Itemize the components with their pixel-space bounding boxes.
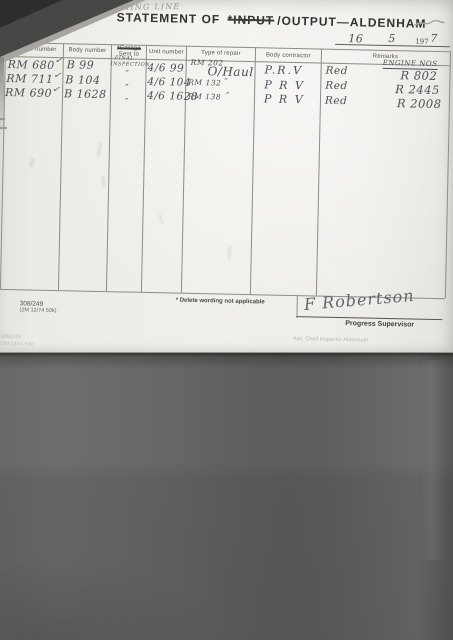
cell-sent-to-ditto: ″	[125, 83, 129, 93]
date-year-written: 7	[430, 32, 438, 45]
column-header-unit-number: Unit number	[147, 49, 186, 56]
column-line	[316, 49, 322, 296]
cell-body-contractor: P.R.V	[264, 63, 303, 77]
cell-unit-number: 4/6 99	[147, 62, 184, 75]
cell-vehicle-number: RM 711	[6, 72, 53, 86]
cell-engine-number: R 802	[400, 68, 437, 83]
cell-body-number: B 99	[67, 58, 95, 72]
cell-body-contractor: P R V	[264, 92, 305, 106]
title-deleted-word: *INPUT	[227, 13, 274, 28]
signature-line	[296, 316, 442, 320]
deletion-footnote: * Delete wording not applicable	[176, 298, 265, 306]
cell-body-number: B 104	[65, 73, 100, 87]
cell-sent-to-ditto: ″	[125, 69, 129, 79]
cell-colour: Red	[325, 80, 348, 92]
cell-type-of-repair-ditto: ″	[224, 78, 228, 88]
date-year-printed: 197	[415, 38, 429, 46]
column-header-body-number: Body number	[64, 47, 111, 54]
form-print-code: (2M 12/74 50k)	[19, 307, 56, 314]
faint-role-label: Ass. Chief Inspector Aldenham	[293, 336, 368, 344]
cell-repair-note: RM 132	[188, 78, 221, 88]
signature: F Robertson	[303, 286, 415, 314]
title-suffix: /OUTPUT—ALDENHAM	[277, 14, 427, 31]
cell-engine-number: R 2445	[395, 82, 440, 97]
cell-vehicle-number: RM 680	[8, 58, 55, 72]
page-title: STATEMENT OF *INPUT/OUTPUT—ALDENHAM	[117, 10, 427, 30]
cell-engine-number: R 2008	[397, 96, 442, 111]
column-header-type-of-repair: Type of repair	[187, 50, 255, 57]
cell-colour: Red	[325, 95, 348, 107]
pencil-scribble-icon	[412, 16, 446, 31]
sent-to-handwritten-line2: INSPECTION	[111, 61, 151, 68]
date-month: 5	[388, 32, 396, 45]
signature-role-label: Progress Supervisor	[345, 320, 414, 328]
scan-edge-shadow	[0, 57, 4, 137]
scanner-dark-patch	[0, 560, 220, 640]
cell-colour: Red	[325, 65, 348, 77]
cell-vehicle-number: RM 690	[5, 86, 52, 100]
cell-repair-note: RM 138	[188, 92, 221, 102]
column-header-body-contractor: Body contractor	[256, 52, 321, 59]
cell-body-number: B 1628	[64, 87, 107, 101]
cell-body-contractor: P R V	[264, 78, 305, 92]
cell-sent-to-ditto: ″	[125, 97, 129, 107]
scanned-document-screenshot: FINISHING LINE STATEMENT OF *INPUT/OUTPU…	[0, 0, 453, 640]
cell-type-of-repair: O/Haul	[207, 64, 253, 79]
ghost-form-number: 308/249	[1, 334, 21, 340]
tick-mark: ✓	[53, 70, 63, 81]
form-content: FINISHING LINE STATEMENT OF *INPUT/OUTPU…	[0, 0, 453, 362]
signature-box-line	[296, 295, 297, 318]
tick-mark: ✓	[51, 84, 61, 95]
cell-unit-number: 4/6 104	[147, 76, 191, 89]
title-prefix: STATEMENT OF	[117, 10, 221, 26]
ghost-print-code: (2M 12/74 50k)	[1, 341, 35, 348]
column-line	[250, 47, 256, 294]
tick-mark: ✓	[54, 55, 64, 66]
scanner-light-band	[420, 360, 448, 560]
cell-type-of-repair-ditto: ″	[226, 92, 230, 102]
column-line	[141, 45, 147, 292]
column-line	[106, 44, 112, 291]
